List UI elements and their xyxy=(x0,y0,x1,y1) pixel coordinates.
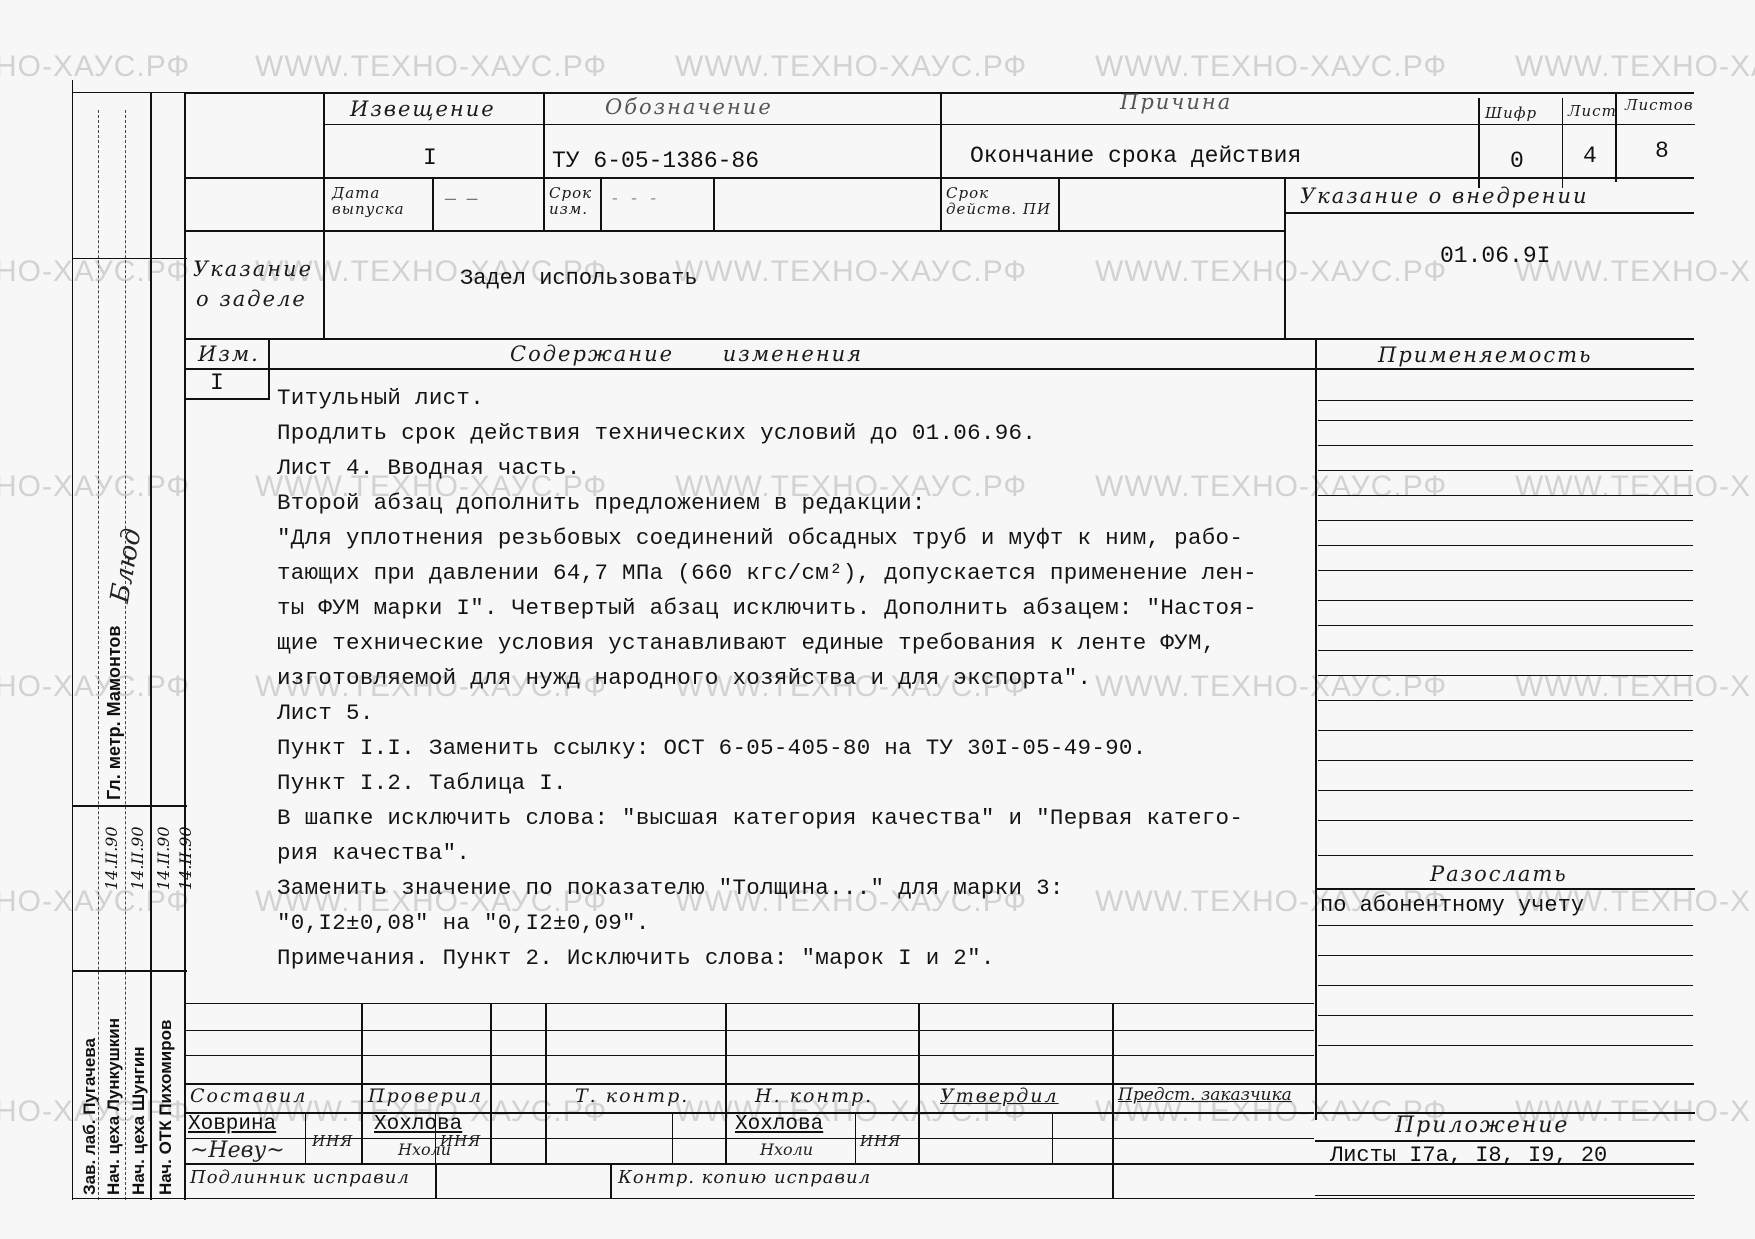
sheet-label: Лист xyxy=(1568,103,1617,119)
content-line: изготовляемой для нужд народного хозяйст… xyxy=(277,665,1091,691)
left-strip-entry: Зав. лаб. Пугачева xyxy=(80,1038,100,1195)
bottom-grid-line xyxy=(184,1003,1314,1004)
content-line: Лист 5. xyxy=(277,700,374,726)
sheet-value: 4 xyxy=(1583,143,1597,169)
ruled-line xyxy=(1318,675,1693,676)
change-notice-form: Зав. лаб. Пугачева Нач. цеха Лункушкин Н… xyxy=(0,0,1755,1239)
signature-col-divider xyxy=(1052,1112,1053,1163)
left-strip-entry: Нач. цеха Лункушкин xyxy=(104,1018,124,1195)
bottom-grid-line xyxy=(184,1030,1314,1031)
content-line: Пункт I.I. Заменить ссылку: ОСТ 6-05-405… xyxy=(277,735,1147,761)
content-line: ты ФУМ марки I". Четвертый абзац исключи… xyxy=(277,595,1257,621)
content-line: рия качества". xyxy=(277,840,470,866)
approved-label: Утвердил xyxy=(940,1085,1059,1107)
backlog-label: Указание xyxy=(193,257,313,281)
left-strip-divider xyxy=(72,805,187,807)
control-copy-label: Контр. копию исправил xyxy=(618,1167,871,1188)
header-divider xyxy=(1562,98,1563,188)
norm-control-name: Хохлова xyxy=(735,1113,823,1136)
distribution-value: по абонентному учету xyxy=(1320,893,1584,918)
signature-date: 14.II.90 xyxy=(154,826,173,890)
appendix-label: Приложение xyxy=(1395,1113,1569,1138)
content-line: Продлить срок действия технических услов… xyxy=(277,420,1036,446)
norm-control-label: Н. контр. xyxy=(755,1085,873,1107)
signature-col-divider xyxy=(918,1003,920,1163)
tech-control-label: Т. контр. xyxy=(575,1085,689,1107)
left-strip-border xyxy=(72,80,73,1200)
original-fixed-label: Подлинник исправил xyxy=(190,1167,410,1188)
issue-date-value: — — xyxy=(445,190,477,210)
ruled-line xyxy=(1318,790,1693,791)
signature-date: 14.II.90 xyxy=(102,826,121,890)
designation-label: Обозначение xyxy=(605,95,773,119)
ruled-line xyxy=(1318,985,1693,986)
ruled-line xyxy=(1318,600,1693,601)
notice-label: Извещение xyxy=(350,97,496,121)
compiled-name: Ховрина xyxy=(188,1113,276,1136)
customer-rep-label: Предст. заказчика xyxy=(1118,1085,1292,1105)
content-header-top xyxy=(184,338,1694,340)
bottom-grid-line xyxy=(184,1055,1314,1056)
checked-label: Проверил xyxy=(368,1085,483,1107)
signature-col-divider xyxy=(855,1112,856,1163)
header-divider xyxy=(432,177,434,230)
appendix-line xyxy=(1315,1195,1695,1196)
metrologist-entry: Гл. метр. Мамонтов xyxy=(104,626,125,800)
ruled-line xyxy=(1318,420,1693,421)
header-divider xyxy=(713,177,715,230)
applicability-col-divider xyxy=(1315,340,1317,1120)
code-value: 0 xyxy=(1510,148,1524,174)
implementation-label: Указание о внедрении xyxy=(1300,184,1589,208)
signature-col-divider xyxy=(545,1003,547,1163)
backlog-label: о заделе xyxy=(196,287,307,311)
content-line: Примечания. Пункт 2. Исключить слова: "м… xyxy=(277,945,995,971)
appendix-value: Листы I7а, I8, I9, 20 xyxy=(1330,1143,1607,1168)
content-line: В шапке исключить слова: "высшая категор… xyxy=(277,805,1243,831)
content-line: щие технические условия устанавливают ед… xyxy=(277,630,1216,656)
designation-value: ТУ 6-05-1386-86 xyxy=(552,148,759,174)
distribution-line xyxy=(1315,888,1695,890)
signature-col-divider xyxy=(725,1003,727,1163)
ruled-line xyxy=(1318,520,1693,521)
ruled-line xyxy=(1318,760,1693,761)
left-strip-entry: Нач. цеха Шунгин xyxy=(129,1046,149,1195)
left-strip-divider xyxy=(72,970,187,972)
code-label: Шифр xyxy=(1485,105,1537,121)
reason-label: Причина xyxy=(1120,90,1232,114)
ruled-line xyxy=(1318,925,1693,926)
ruled-line xyxy=(1318,400,1693,401)
header-divider xyxy=(1284,177,1286,340)
ruled-line xyxy=(1318,495,1693,496)
applicability-label: Применяемость xyxy=(1378,343,1592,367)
ruled-line xyxy=(1318,445,1693,446)
compiled-date: ИНЯ xyxy=(312,1133,353,1149)
signature-col-divider xyxy=(435,1163,437,1198)
signature-col-divider xyxy=(305,1112,306,1163)
header-row-line xyxy=(184,230,1284,232)
checked-signature: Нхоли xyxy=(398,1140,451,1159)
header-divider xyxy=(323,92,325,230)
ruled-line xyxy=(1318,570,1693,571)
signature-date: 14.II.90 xyxy=(128,826,147,890)
appendix-line xyxy=(1315,1140,1695,1142)
sheets-value: 8 xyxy=(1655,138,1669,164)
left-strip-entry: Нач. ОТК Пихомиров xyxy=(156,1020,176,1195)
ruled-line xyxy=(1318,855,1693,856)
content-line: Лист 4. Вводная часть. xyxy=(277,455,581,481)
handwritten-signature: Блюд xyxy=(105,526,148,605)
frame-left xyxy=(184,92,186,1200)
signature-col-divider xyxy=(672,1112,673,1163)
content-line: Титульный лист. xyxy=(277,385,484,411)
signature-col-divider xyxy=(1112,1003,1114,1198)
issue-date-label: Дата выпуска xyxy=(332,185,427,217)
header-divider xyxy=(1058,177,1060,230)
header-divider xyxy=(1478,98,1480,188)
norm-control-date: ИНЯ xyxy=(860,1133,901,1149)
change-number: I xyxy=(210,370,224,396)
content-line: "Для уплотнения резьбовых соединений обс… xyxy=(277,525,1243,551)
ruled-line xyxy=(1318,955,1693,956)
ruled-line xyxy=(1318,545,1693,546)
ruled-line xyxy=(1318,1045,1693,1046)
change-term-value: - - - xyxy=(610,190,658,208)
validity-label: Срок действ. ПИ xyxy=(946,185,1056,217)
header-divider xyxy=(600,177,602,230)
header-row-line xyxy=(1284,212,1694,214)
left-strip-top xyxy=(72,92,187,93)
change-col-label: Изм. xyxy=(198,342,260,366)
content-label: Содержание изменения xyxy=(510,342,863,366)
ruled-line xyxy=(1318,625,1693,626)
compiled-signature: ~Hеву~ xyxy=(190,1138,285,1163)
left-strip-line xyxy=(98,110,99,1200)
ruled-line xyxy=(1318,820,1693,821)
header-divider xyxy=(323,230,325,340)
distribution-label: Разослать xyxy=(1430,862,1568,886)
left-strip-line xyxy=(125,110,126,1200)
sheets-label: Листов xyxy=(1625,97,1694,113)
backlog-value: Задел использовать xyxy=(460,266,698,291)
header-row-line xyxy=(323,124,1695,125)
signature-col-divider xyxy=(610,1163,612,1198)
signature-col-divider xyxy=(490,1003,492,1163)
frame-bottom xyxy=(184,1198,1694,1199)
header-divider xyxy=(940,92,942,232)
ruled-line xyxy=(1318,650,1693,651)
change-number-underline xyxy=(184,398,268,400)
signature-mid xyxy=(184,1138,1314,1139)
ruled-line xyxy=(1318,1015,1693,1016)
left-strip-divider xyxy=(72,258,187,259)
content-line: тающих при давлении 64,7 МПа (660 кгс/см… xyxy=(277,560,1257,586)
reason-value: Окончание срока действия xyxy=(970,143,1301,169)
content-line: Второй абзац дополнить предложением в ре… xyxy=(277,490,926,516)
header-divider xyxy=(543,92,545,232)
content-line: Заменить значение по показателю "Толщина… xyxy=(277,875,1064,901)
implementation-value: 01.06.9I xyxy=(1440,243,1550,269)
norm-control-signature: Нхоли xyxy=(760,1140,813,1159)
header-row-line xyxy=(184,177,1694,179)
left-strip-bottom xyxy=(72,1198,187,1199)
content-header-bottom xyxy=(184,368,1694,370)
ruled-line xyxy=(1318,470,1693,471)
ruled-line xyxy=(1318,730,1693,731)
frame-top xyxy=(184,92,1694,94)
notice-number: I xyxy=(423,145,437,171)
change-col-divider xyxy=(268,340,270,400)
signature-col-divider xyxy=(361,1003,363,1163)
content-line: Пункт I.2. Таблица I. xyxy=(277,770,567,796)
change-term-label: Срок изм. xyxy=(549,185,599,217)
content-line: "0,I2±0,08" на "0,I2±0,09". xyxy=(277,910,650,936)
compiled-label: Составил xyxy=(190,1085,307,1107)
ruled-line xyxy=(1318,700,1693,701)
